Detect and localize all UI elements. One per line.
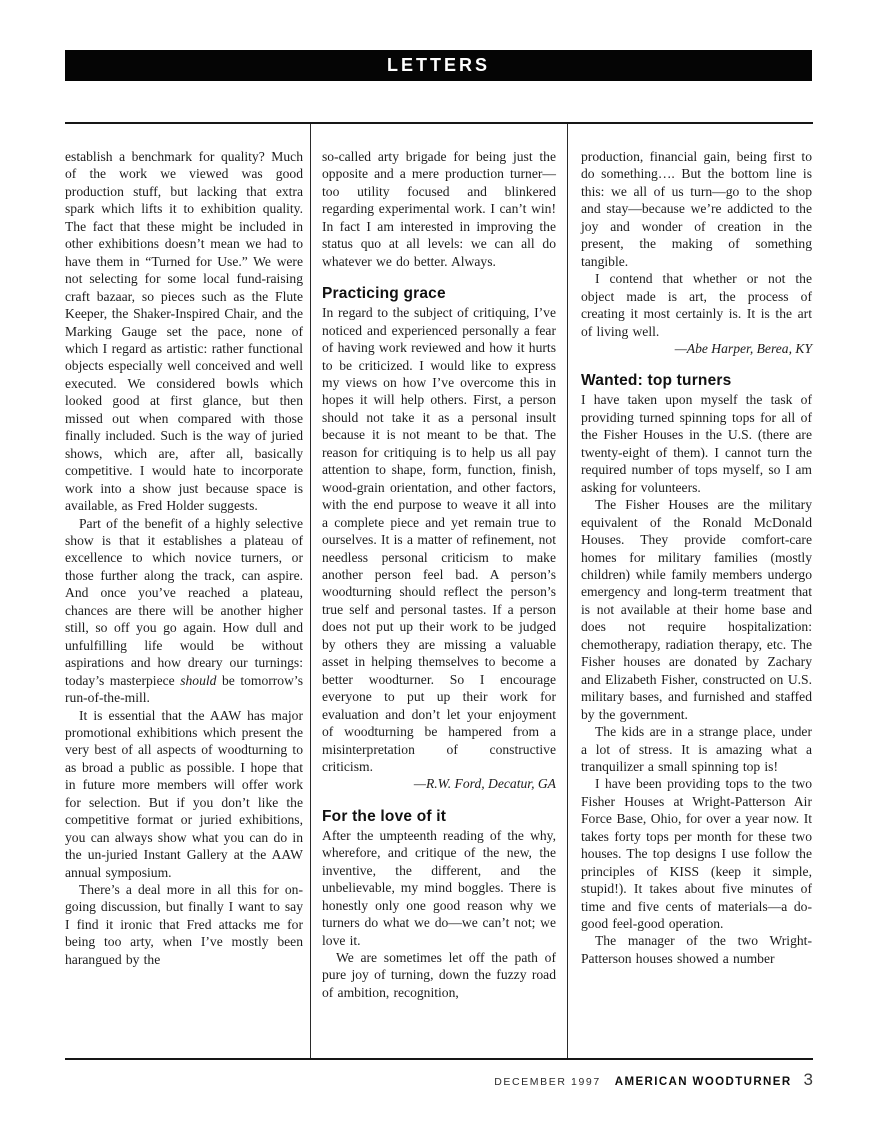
paragraph: The kids are in a strange place, under a…: [581, 723, 812, 775]
body-text: In regard to the subject of critiquing, …: [322, 305, 556, 774]
paragraph: I have been providing tops to the two Fi…: [581, 775, 812, 932]
letter-heading: Practicing grace: [322, 285, 556, 303]
page-footer: DECEMBER 1997 AMERICAN WOODTURNER 3: [65, 1070, 813, 1090]
paragraph: The Fisher Houses are the military equiv…: [581, 496, 812, 723]
body-text: The Fisher Houses are the military equiv…: [581, 497, 812, 721]
body-text: After the umpteenth reading of the why, …: [322, 828, 556, 948]
text-column-2: so-called arty brigade for being just th…: [310, 124, 568, 1058]
text-column-1: establish a benchmark for quality? Much …: [65, 124, 310, 1058]
paragraph: Part of the benefit of a highly selectiv…: [65, 515, 303, 707]
paragraph: establish a benchmark for quality? Much …: [65, 148, 303, 515]
body-text: Part of the benefit of a highly selectiv…: [65, 516, 303, 688]
paragraph: There’s a deal more in all this for on-g…: [65, 881, 303, 968]
paragraph: I contend that whether or not the object…: [581, 270, 812, 340]
letters-body: establish a benchmark for quality? Much …: [65, 122, 813, 1060]
magazine-letters-page: { "banner": { "title": "LETTERS" }, "foo…: [0, 0, 876, 1133]
body-text: The manager of the two Wright-Patterson …: [581, 933, 812, 965]
paragraph: production, financial gain, being first …: [581, 148, 812, 270]
letter-heading: Wanted: top turners: [581, 372, 812, 390]
body-text: The kids are in a strange place, under a…: [581, 724, 812, 774]
page-number: 3: [804, 1070, 813, 1090]
body-text: I contend that whether or not the object…: [581, 271, 812, 338]
paragraph: I have taken upon myself the task of pro…: [581, 391, 812, 496]
body-text: There’s a deal more in all this for on-g…: [65, 882, 303, 967]
magazine-title: AMERICAN WOODTURNER: [615, 1076, 792, 1088]
body-text: production, financial gain, being first …: [581, 149, 812, 269]
paragraph: It is essential that the AAW has major p…: [65, 707, 303, 882]
body-text: It is essential that the AAW has major p…: [65, 708, 303, 880]
paragraph: so-called arty brigade for being just th…: [322, 148, 556, 270]
body-text: establish a benchmark for quality? Much …: [65, 149, 303, 513]
letter-heading: For the love of it: [322, 808, 556, 826]
body-text: We are sometimes let off the path of pur…: [322, 950, 556, 1000]
text-column-3: production, financial gain, being first …: [568, 124, 813, 1058]
paragraph: In regard to the subject of critiquing, …: [322, 304, 556, 775]
paragraph: The manager of the two Wright-Patterson …: [581, 932, 812, 967]
signature-line: —R.W. Ford, Decatur, GA: [322, 775, 556, 792]
section-title: LETTERS: [387, 55, 490, 76]
paragraph: We are sometimes let off the path of pur…: [322, 949, 556, 1001]
section-banner: LETTERS: [65, 50, 812, 81]
signature-line: —Abe Harper, Berea, KY: [581, 340, 812, 357]
body-text: I have taken upon myself the task of pro…: [581, 392, 812, 494]
italic-text: should: [180, 673, 216, 688]
body-text: so-called arty brigade for being just th…: [322, 149, 556, 269]
issue-date: DECEMBER 1997: [494, 1076, 601, 1088]
paragraph: After the umpteenth reading of the why, …: [322, 827, 556, 949]
body-text: I have been providing tops to the two Fi…: [581, 776, 812, 931]
